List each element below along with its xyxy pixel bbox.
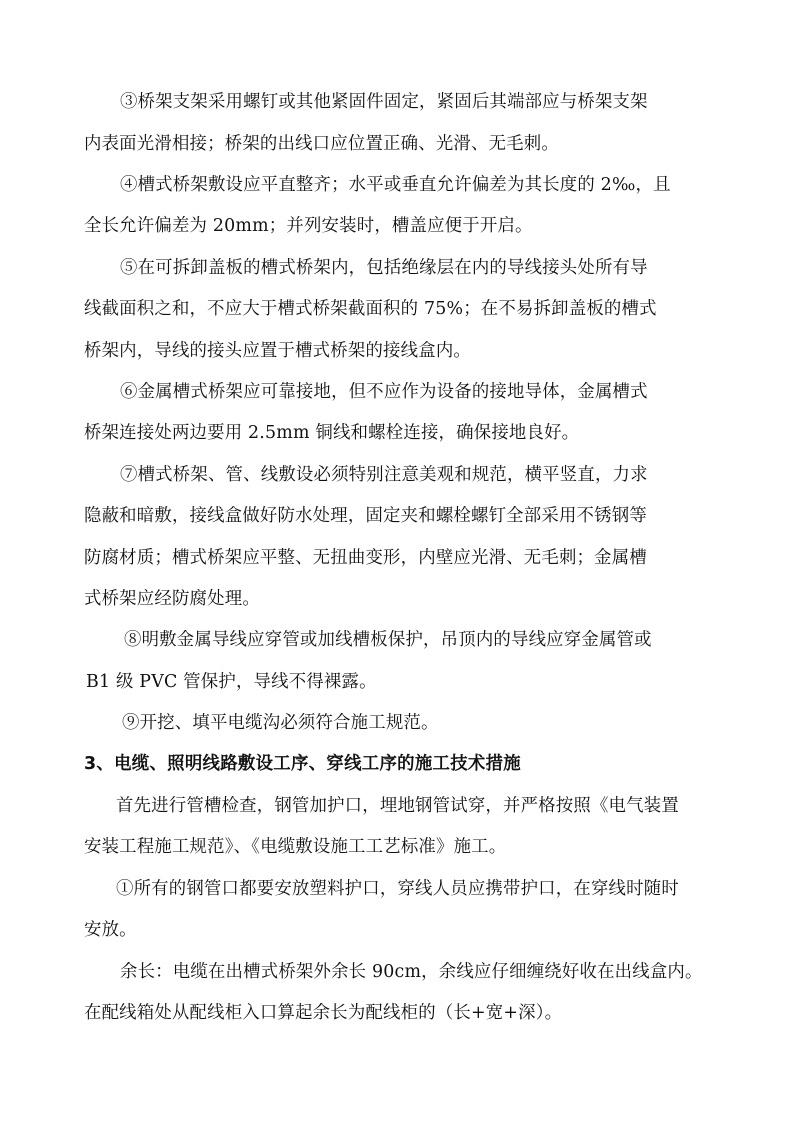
paragraph-9-line-1: ⑨开挖、填平电缆沟必须符合施工规范。	[122, 711, 439, 735]
slack-length-line-2: 在配线箱处从配线柜入口算起余长为配线柜的（长+宽+深）。	[84, 1001, 562, 1025]
slack-length-line-1: 余长：电缆在出槽式桥架外余长 90cm，余线应仔细缠绕好收在出线盒内。	[120, 960, 703, 984]
paragraph-8-line-1: ⑧明敷金属导线应穿管或加线槽板保护，吊顶内的导线应穿金属管或	[124, 628, 652, 652]
paragraph-7-line-1: ⑦槽式桥架、管、线敷设必须特别注意美观和规范，横平竖直，力求	[120, 463, 648, 487]
paragraph-6-line-2: 桥架连接处两边要用 2.5mm 铜线和螺栓连接，确保接地良好。	[84, 421, 579, 445]
paragraph-7-line-2: 隐蔽和暗敷，接线盒做好防水处理，固定夹和螺栓螺钉全部采用不锈钢等	[84, 504, 647, 528]
document-page: ③桥架支架采用螺钉或其他紧固件固定，紧固后其端部应与桥架支架 内表面光滑相接；桥…	[0, 0, 793, 1122]
paragraph-7-line-4: 式桥架应经防腐处理。	[84, 587, 260, 611]
paragraph-5-line-2: 线截面积之和，不应大于槽式桥架截面积的 75%；在不易拆卸盖板的槽式	[84, 297, 657, 321]
paragraph-3-line-2: 内表面光滑相接；桥架的出线口应位置正确、光滑、无毛刺。	[84, 132, 559, 156]
paragraph-5-line-3: 桥架内，导线的接头应置于槽式桥架的接线盒内。	[84, 339, 471, 363]
paragraph-4-line-2: 全长允许偏差为 20mm；并列安装时，槽盖应便于开启。	[84, 214, 533, 238]
paragraph-8-line-2: B1 级 PVC 管保护，导线不得裸露。	[86, 670, 377, 694]
intro-line-2: 安装工程施工规范》、《电缆敷设施工工艺标准》施工。	[84, 835, 506, 859]
paragraph-7-line-3: 防腐材质；槽式桥架应平整、无扭曲变形，内壁应光滑、无毛刺；金属槽	[84, 546, 647, 570]
paragraph-6-line-1: ⑥金属槽式桥架应可靠接地，但不应作为设备的接地导体，金属槽式	[120, 380, 648, 404]
item-1-line-2: 安放。	[84, 918, 137, 942]
paragraph-3-line-1: ③桥架支架采用螺钉或其他紧固件固定，紧固后其端部应与桥架支架	[120, 90, 648, 114]
paragraph-4-line-1: ④槽式桥架敷设应平直整齐；水平或垂直允许偏差为其长度的 2‰，且	[120, 173, 671, 197]
section-heading: 3、电缆、照明线路敷设工序、穿线工序的施工技术措施	[84, 752, 521, 776]
item-1-line-1: ①所有的钢管口都要安放塑料护口，穿线人员应携带护口，在穿线时随时	[116, 877, 679, 901]
intro-line-1: 首先进行管槽检查，钢管加护口，埋地钢管试穿，并严格按照《电气装置	[116, 794, 679, 818]
paragraph-5-line-1: ⑤在可拆卸盖板的槽式桥架内，包括绝缘层在内的导线接头处所有导	[120, 256, 648, 280]
